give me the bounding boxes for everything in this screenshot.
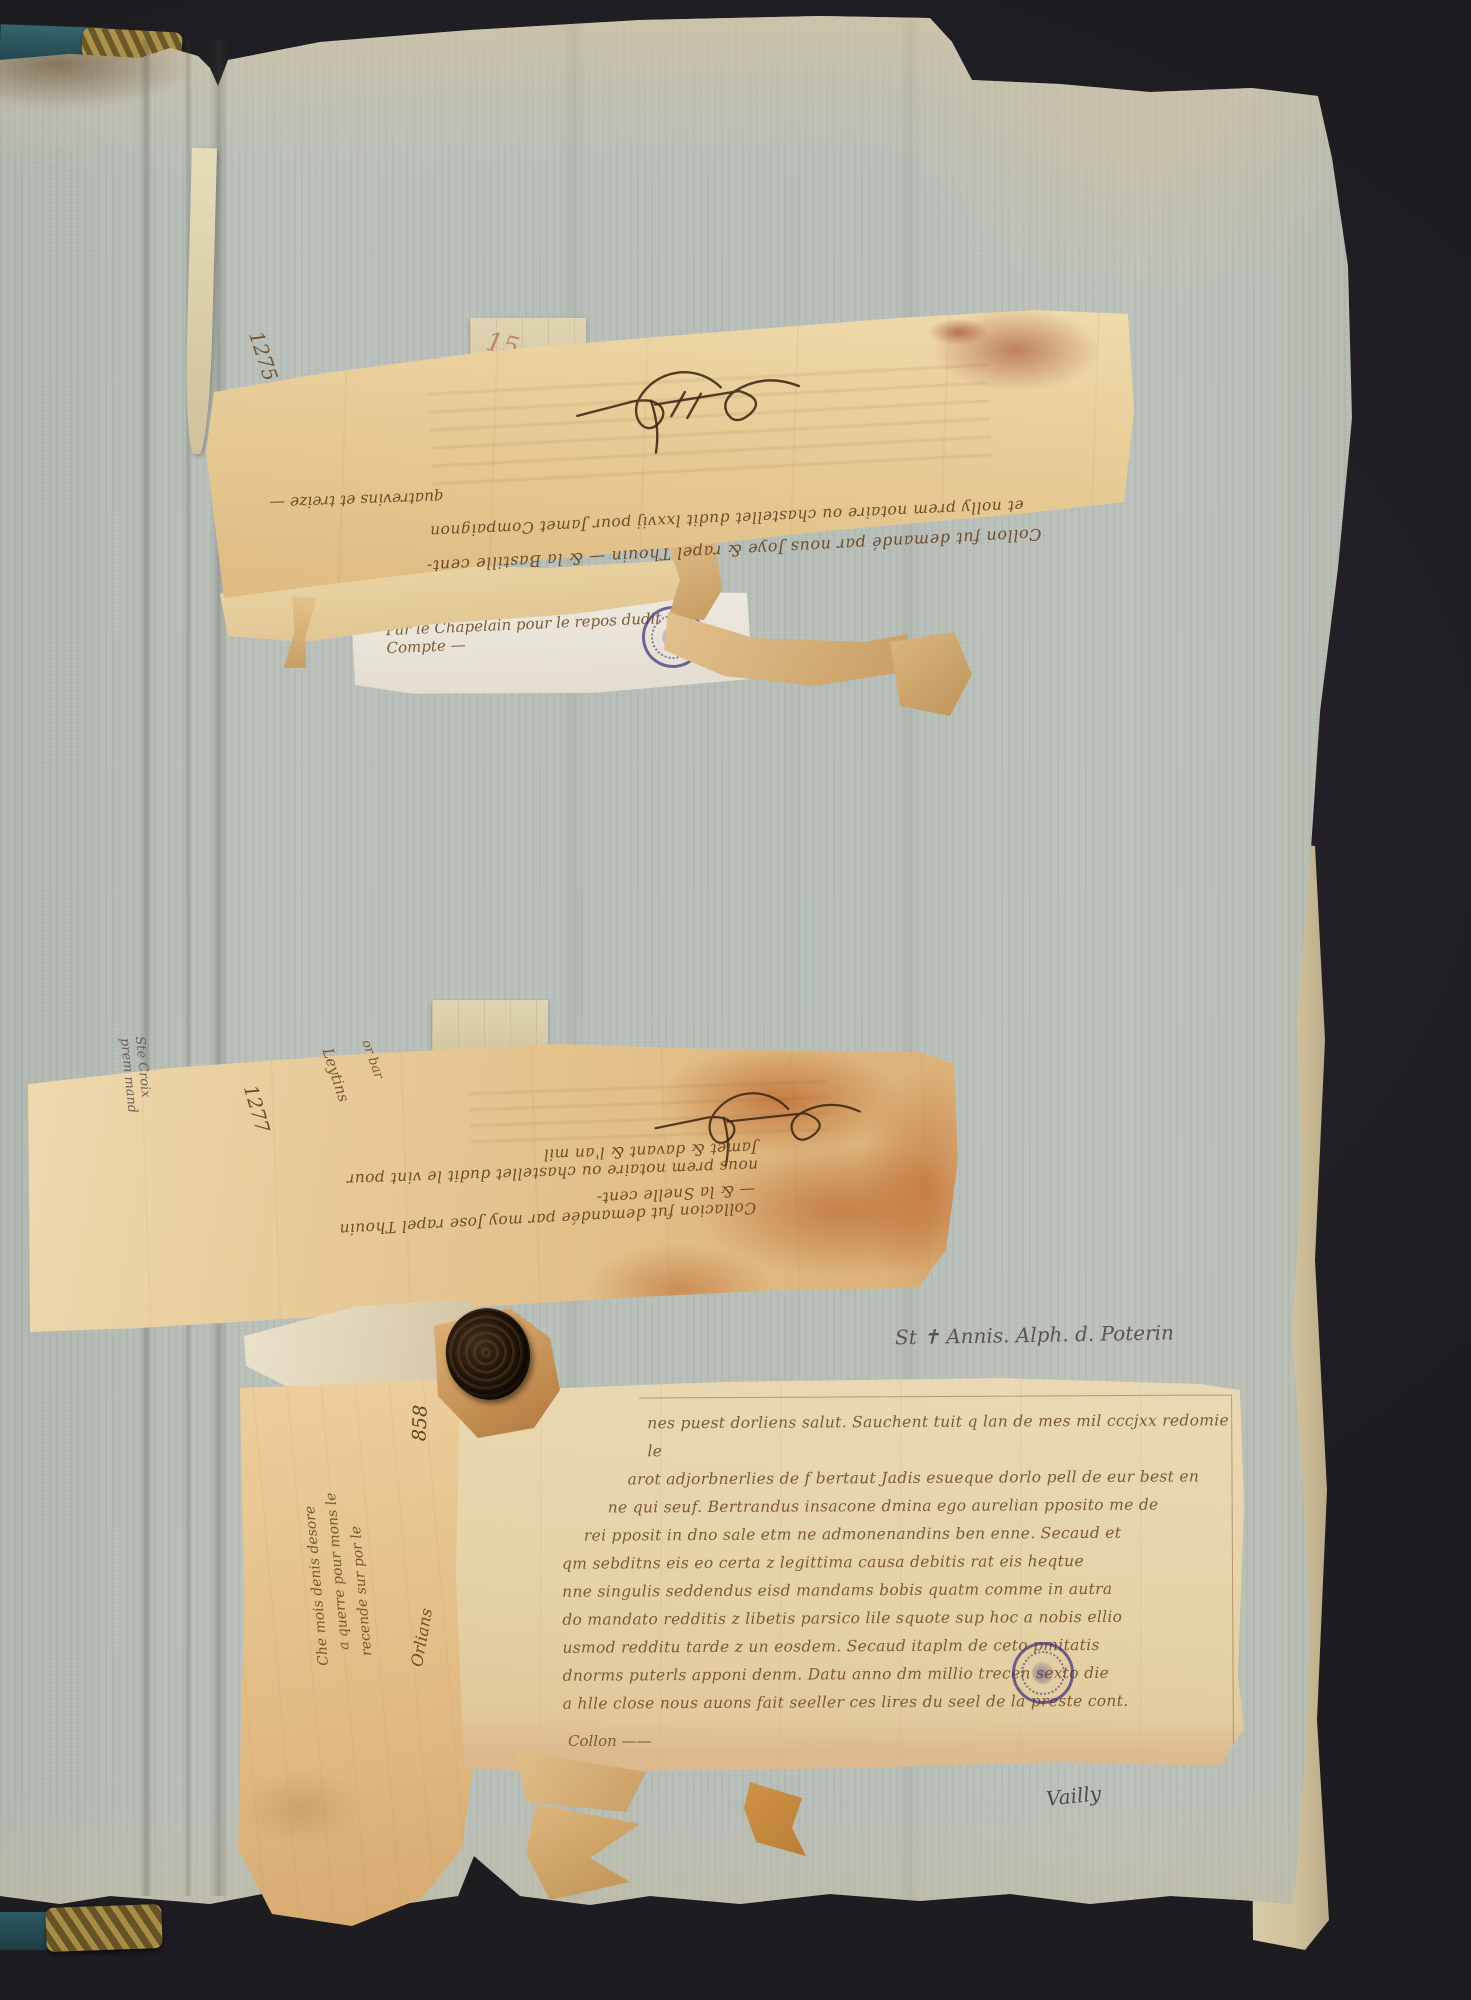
gutter-fold-line	[140, 40, 152, 1896]
album-page-photo: 15 Par le Chapelain pour le repos dudit …	[0, 0, 1471, 2000]
notarial-signum	[559, 336, 811, 460]
endband-bottom-gold	[45, 1904, 162, 1952]
latin-line: qm sebditns eis eo certa z legittima cau…	[562, 1546, 1234, 1578]
latin-line: usmod redditu tarde z un eosdem. Secaud …	[562, 1630, 1234, 1662]
doc3-flap-number: 858	[409, 1404, 432, 1441]
latin-line: ne qui seuf. Bertrandus insacone dmina e…	[608, 1490, 1234, 1521]
latin-line: dnorms puterls apponi denm. Datu anno dm…	[563, 1658, 1235, 1690]
latin-line: arot adjorbnerlies de f bertaut Jadis es…	[627, 1462, 1233, 1493]
latin-line: a hlle close nous auons fait seeller ces…	[563, 1686, 1235, 1718]
index-tab-doc2	[432, 1000, 548, 1052]
doc3-bottom-word: Collon ——	[568, 1732, 652, 1750]
latin-line: do mandato redditis z libetis parsico li…	[562, 1602, 1234, 1634]
latin-line: rei pposit in dno sale etm ne admonenand…	[584, 1518, 1234, 1549]
doc3-latin-text: nes puest dorliens salut. Sauchent tuit …	[561, 1406, 1235, 1718]
gutter-fold-line	[210, 40, 228, 1896]
latin-line: nne singulis seddendus eisd mandams bobi…	[562, 1574, 1234, 1606]
latin-line: nes puest dorliens salut. Sauchent tuit …	[647, 1406, 1233, 1465]
